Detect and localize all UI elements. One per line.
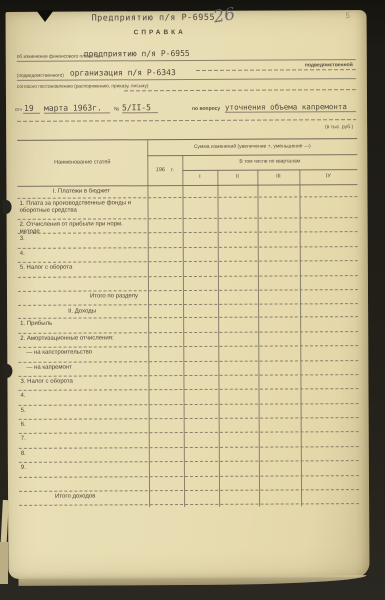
row-label: 1. Прибыль xyxy=(18,319,146,329)
page-bottom-edge xyxy=(18,575,366,586)
row-label: — на капстроительство xyxy=(18,347,146,357)
number-sign: № xyxy=(114,106,119,112)
binding-hole xyxy=(3,364,12,378)
rule-line xyxy=(23,113,40,114)
rule-line xyxy=(44,112,110,113)
document-page: Предприятию п/я Р-6955 26 5 СПРАВКА об и… xyxy=(6,10,370,579)
row-label: Итого доходов xyxy=(19,491,147,501)
rule-line xyxy=(17,119,356,122)
column-header-q3: III xyxy=(257,169,299,184)
row-label: 2. Амортизационные отчисления: xyxy=(18,333,146,343)
question-printed: по вопросу xyxy=(192,106,220,112)
row-label: — на капремонт xyxy=(18,362,146,372)
column-header-quarters: В том числе по кварталам xyxy=(182,154,357,170)
column-header-q4: IУ xyxy=(299,169,357,184)
date-day: 19 xyxy=(24,104,34,113)
row-label: 5. xyxy=(19,405,147,415)
rule-line xyxy=(124,89,356,91)
units-note: (в тыс. руб.) xyxy=(325,124,353,130)
according-printed: согласно постановлению (распоряжению, пр… xyxy=(17,84,149,90)
table-row: Итого доходов xyxy=(19,490,359,506)
row-label: 4. xyxy=(18,248,146,258)
subtitle-typed: предприятию п/я Р-6955 xyxy=(84,49,190,59)
binding-hole xyxy=(3,200,12,214)
subordinate-printed: (подведомственного) xyxy=(17,74,64,79)
document-title: СПРАВКА xyxy=(134,29,186,36)
column-header-q2: II xyxy=(217,170,257,185)
row-label: 7. xyxy=(19,434,147,444)
column-header-q1: I xyxy=(182,170,217,185)
row-label: 1. Плата за производственные фонды и обо… xyxy=(17,198,145,215)
subordinate-typed: организация п/я Р-6343 xyxy=(70,68,176,78)
rule-line xyxy=(122,112,158,113)
row-label: 3. xyxy=(18,234,146,244)
row-label: II. Доходы xyxy=(18,306,146,317)
column-header-sum: Сумма изменений (увеличение +, уменьшени… xyxy=(147,139,357,155)
column-header-year: 196 г. xyxy=(147,155,182,185)
row-label xyxy=(19,477,147,480)
row-label: Итого по разделу xyxy=(18,291,146,301)
subordinate-right-label: подведомственной xyxy=(305,62,353,68)
date-prefix: от« xyxy=(15,108,22,113)
rule-line xyxy=(17,78,356,81)
scanner-notch xyxy=(36,10,54,22)
table-rows: I. Платежи в бюджет1. Плата за производс… xyxy=(17,184,359,506)
row-label: 4. xyxy=(19,391,147,401)
row-label: 8. xyxy=(19,448,147,458)
date-rest: марта 1963г. xyxy=(44,103,102,112)
handwritten-number: 26 xyxy=(212,4,237,27)
row-label: 3. Налог с оборота xyxy=(18,376,146,386)
page-stack-edge xyxy=(0,542,8,584)
rule-line xyxy=(225,111,356,113)
table-row: 1. Плата за производственные фонды и обо… xyxy=(17,197,357,220)
row-label: 6. xyxy=(19,419,147,429)
changes-table: Наименование статей Сумма изменений (уве… xyxy=(17,138,359,508)
doc-number: 5/II-5 xyxy=(122,103,151,112)
row-label: I. Платежи в бюджет xyxy=(17,185,145,196)
rule-line xyxy=(196,69,356,71)
row-label xyxy=(18,277,146,280)
column-header-name: Наименование статей xyxy=(17,140,147,186)
corner-mark: 5 xyxy=(346,11,351,20)
row-label: 5. Налог с оборота xyxy=(18,262,146,272)
scanned-document: Предприятию п/я Р-6955 26 5 СПРАВКА об и… xyxy=(0,0,385,600)
addressee-typed: Предприятию п/я Р-6955 xyxy=(92,13,216,24)
row-label: 9. xyxy=(19,462,147,472)
